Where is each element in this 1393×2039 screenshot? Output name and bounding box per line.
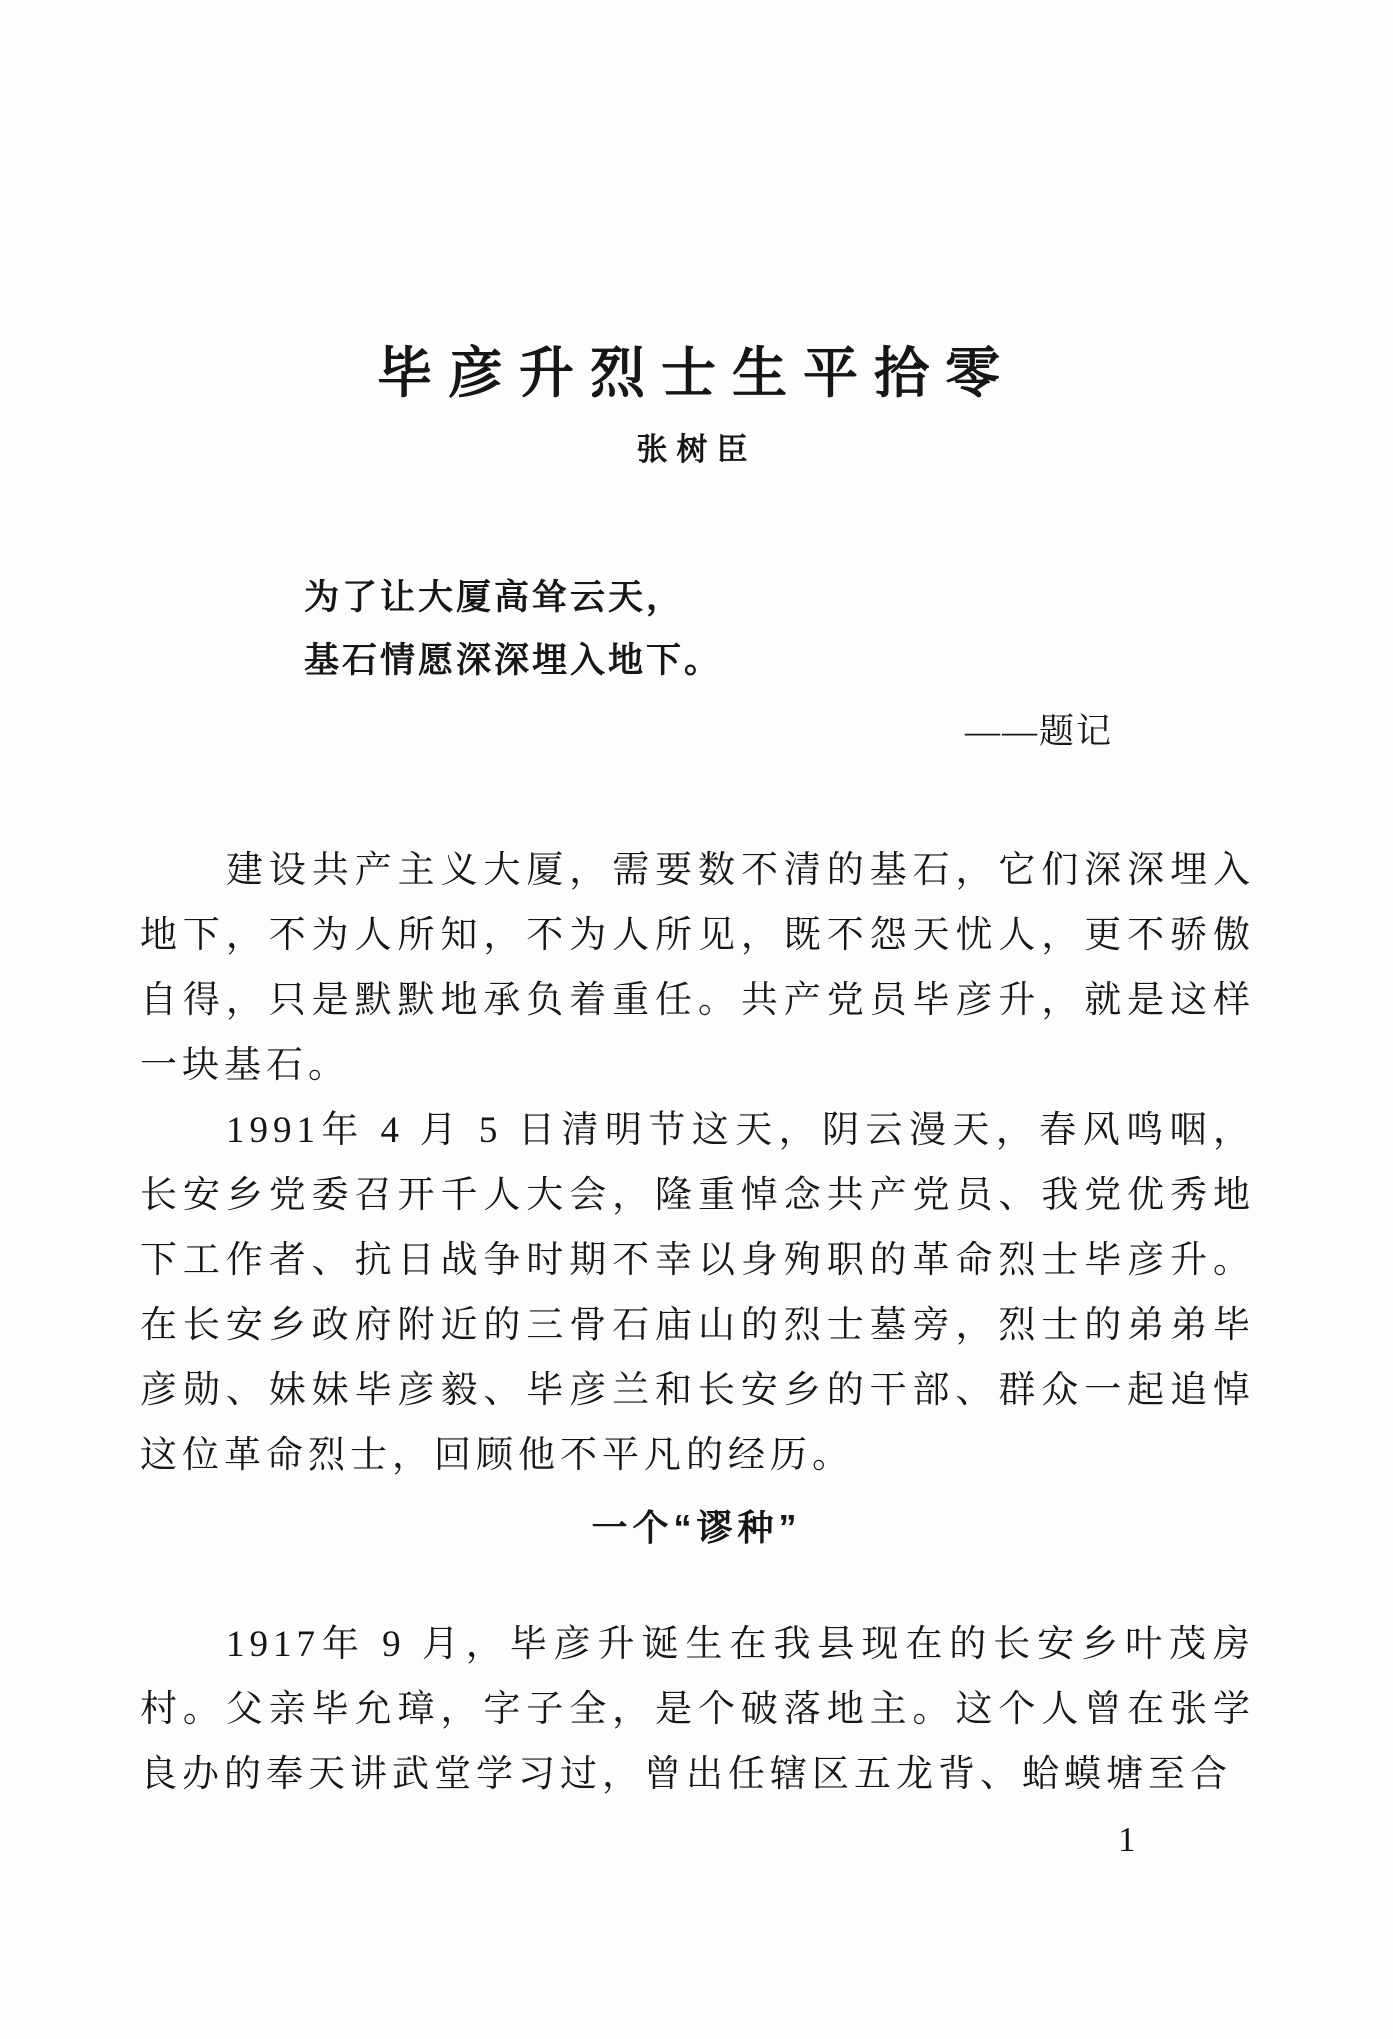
article-title: 毕彦升烈士生平拾零 [0, 329, 1393, 408]
book-page: 毕彦升烈士生平拾零 张树臣 为了让大厦高耸云天， 基石情愿深深埋入地下。 ——题… [0, 0, 1393, 2039]
intro-text-block: 建设共产主义大厦，需要数不清的基石，它们深深埋入地下，不为人所知，不为人所见，既… [140, 838, 1255, 1488]
epigraph-attribution: ——题记 [965, 704, 1113, 754]
section-heading: 一个“谬种” [0, 1500, 1393, 1551]
page-number: 1 [1118, 1820, 1136, 1860]
paragraph: 1991年 4 月 5 日清明节这天，阴云漫天，春风鸣咽，长安乡党委召开千人大会… [140, 1098, 1255, 1488]
epigraph-line-2: 基石情愿深深埋入地下。 [304, 629, 722, 692]
author-name: 张树臣 [0, 424, 1393, 469]
epigraph: 为了让大厦高耸云天， 基石情愿深深埋入地下。 [304, 566, 722, 692]
section-text-block: 1917年 9 月，毕彦升诞生在我县现在的长安乡叶茂房村。父亲毕允璋，字子全，是… [140, 1612, 1255, 1807]
paragraph: 建设共产主义大厦，需要数不清的基石，它们深深埋入地下，不为人所知，不为人所见，既… [140, 838, 1255, 1098]
paragraph: 1917年 9 月，毕彦升诞生在我县现在的长安乡叶茂房村。父亲毕允璋，字子全，是… [140, 1612, 1255, 1807]
epigraph-line-1: 为了让大厦高耸云天， [304, 566, 722, 629]
